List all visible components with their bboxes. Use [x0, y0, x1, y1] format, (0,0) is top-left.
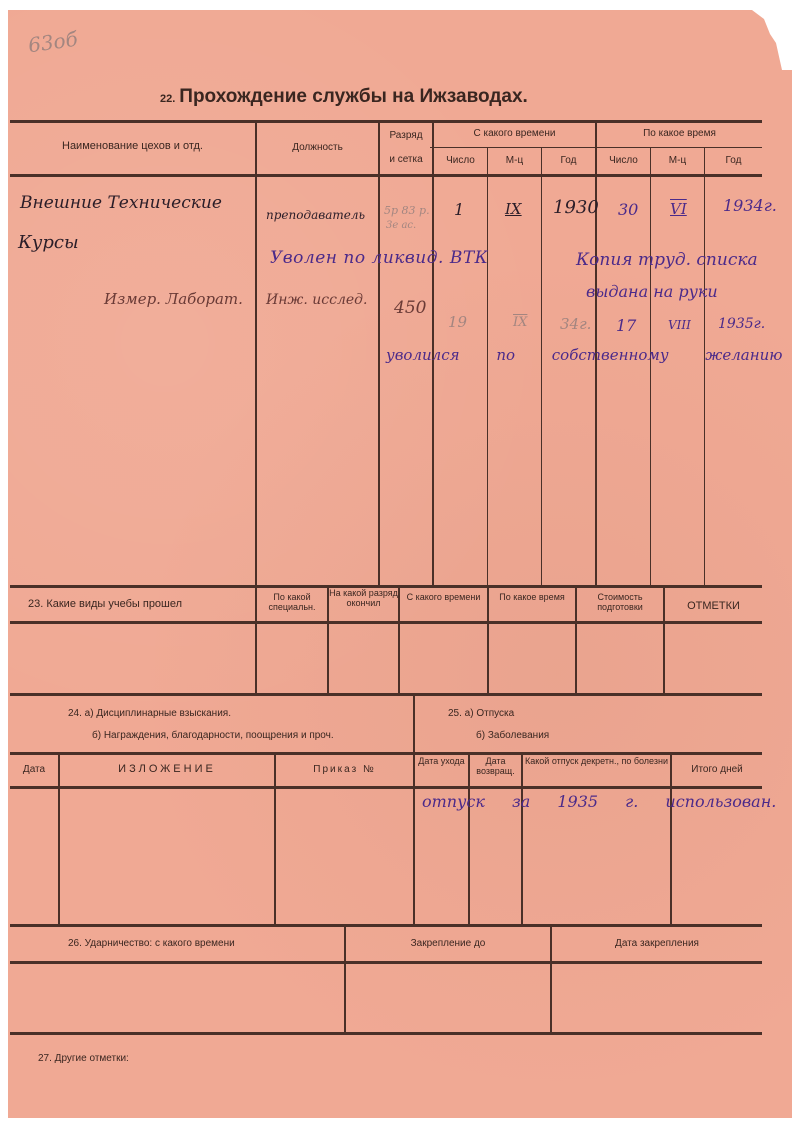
header-grade-line2: и сетка — [380, 154, 432, 166]
rule — [10, 961, 762, 964]
entry2-note-right-line1: Копия труд. списка — [576, 250, 758, 270]
section24-col-date: Дата — [10, 764, 58, 776]
col-divider — [521, 754, 523, 924]
entry1-to-day: 30 — [618, 200, 638, 219]
entry1-to-year: 1934г. — [723, 196, 777, 215]
section22-title-text: Прохождение службы на Ижзаводах. — [179, 86, 528, 107]
entry1-department-line2: Курсы — [18, 232, 79, 253]
section26-assignment-date: Дата закрепления — [552, 938, 762, 950]
entry3-position: Инж. исслед. — [266, 292, 367, 308]
section23-col-from: С какого времени — [400, 592, 487, 602]
header-from-day: Число — [434, 155, 487, 167]
col-divider — [670, 754, 672, 924]
section25-line-a: 25. а) Отпуска — [448, 708, 514, 720]
col-divider — [413, 695, 415, 753]
header-department: Наименование цехов и отд. — [10, 140, 255, 153]
col-divider — [650, 148, 651, 585]
torn-corner — [752, 10, 792, 70]
header-from-group: С какого времени — [434, 128, 595, 140]
entry4-dismissal-note: уволился по собственному желанию — [386, 346, 782, 364]
section23-col-notes: ОТМЕТКИ — [665, 600, 762, 613]
section27-other-notes: 27. Другие отметки: — [38, 1053, 129, 1065]
entry1-department-line1: Внешние Технические — [20, 193, 222, 213]
section25-line-b: б) Заболевания — [476, 730, 549, 742]
header-to-group: По какое время — [597, 128, 762, 140]
archive-page-mark: 63об — [27, 27, 80, 58]
entry3-to-month: VIII — [668, 318, 691, 332]
rule — [10, 120, 762, 123]
col-divider — [398, 587, 400, 693]
rule — [10, 621, 762, 624]
entry2-dismissal-note: Уволен по ликвид. ВТК — [270, 248, 488, 268]
entry1-grade-line2: 3е ас. — [386, 220, 416, 231]
header-from-month: М-ц — [488, 155, 541, 167]
entry3-department: Измер. Лаборат. — [104, 290, 243, 308]
section25-col-leave-type: Какой отпуск декретн., по болезни — [523, 756, 670, 766]
section23-col-cost: Стоимость подготовки — [577, 592, 663, 613]
entry1-position: преподаватель — [266, 208, 365, 222]
section24-line-a: 24. а) Дисциплинарные взыскания. — [68, 708, 231, 720]
col-divider — [274, 754, 276, 924]
header-to-day: Число — [597, 155, 650, 167]
col-divider — [468, 754, 470, 924]
header-position: Должность — [257, 142, 378, 154]
section24-col-statement: ИЗЛОЖЕНИЕ — [60, 763, 274, 776]
section25-col-total-days: Итого дней — [672, 764, 762, 776]
entry1-from-year: 1930 — [553, 197, 599, 218]
rule — [10, 1032, 762, 1035]
entry3-from-year: 34г. — [560, 315, 591, 333]
section23-col-to: По какое время — [489, 592, 575, 602]
col-divider — [255, 122, 257, 585]
col-divider — [541, 148, 542, 585]
entry2-note-right-line2: выдана на руки — [586, 282, 718, 301]
entry3-to-day: 17 — [616, 316, 636, 335]
entry1-from-day: 1 — [454, 200, 464, 219]
section23-title: 23. Какие виды учебы прошел — [28, 598, 182, 611]
section24-line-b: б) Награждения, благодарности, поощрения… — [92, 730, 334, 742]
entry3-to-year: 1935г. — [718, 316, 765, 332]
entry3-from-day: 19 — [448, 313, 467, 331]
section26-shock-work-since: 26. Ударничество: с какого времени — [68, 938, 235, 950]
entry3-from-month: IX — [513, 315, 527, 330]
rule — [10, 752, 762, 755]
col-divider — [58, 754, 60, 924]
section24-col-order: Приказ № — [276, 764, 413, 776]
rule — [10, 693, 762, 696]
col-divider — [487, 587, 489, 693]
header-to-month: М-ц — [651, 155, 704, 167]
entry1-grade: 5р 83 р. — [384, 204, 430, 217]
section25-col-return-date: Дата возвращ. — [470, 756, 521, 777]
section23-col-grade: На какой разряд окончил — [329, 588, 398, 609]
entry1-from-month: IX — [505, 200, 522, 218]
rule — [10, 924, 762, 927]
header-grade-line1: Разряд — [380, 130, 432, 142]
section25-col-leave-date: Дата ухода — [415, 756, 468, 766]
col-divider — [378, 122, 380, 585]
section26-assigned-until: Закрепление до — [346, 938, 550, 950]
col-divider — [487, 148, 488, 585]
header-from-year: Год — [542, 155, 595, 167]
header-to-year: Год — [705, 155, 762, 167]
section22-number: 22. — [160, 93, 175, 105]
rule — [10, 786, 762, 789]
entry1-to-month: VI — [670, 200, 687, 218]
col-divider — [413, 754, 415, 924]
col-divider — [704, 148, 705, 585]
document-page: 63об 22.Прохождение службы на Ижзаводах.… — [8, 10, 792, 1118]
section25-leave-entry: отпуск за 1935 г. использован. — [422, 792, 776, 811]
entry3-grade: 450 — [394, 298, 426, 318]
section22-title: 22.Прохождение службы на Ижзаводах. — [160, 86, 528, 108]
section23-col-specialty: По какой специальн. — [257, 592, 327, 613]
